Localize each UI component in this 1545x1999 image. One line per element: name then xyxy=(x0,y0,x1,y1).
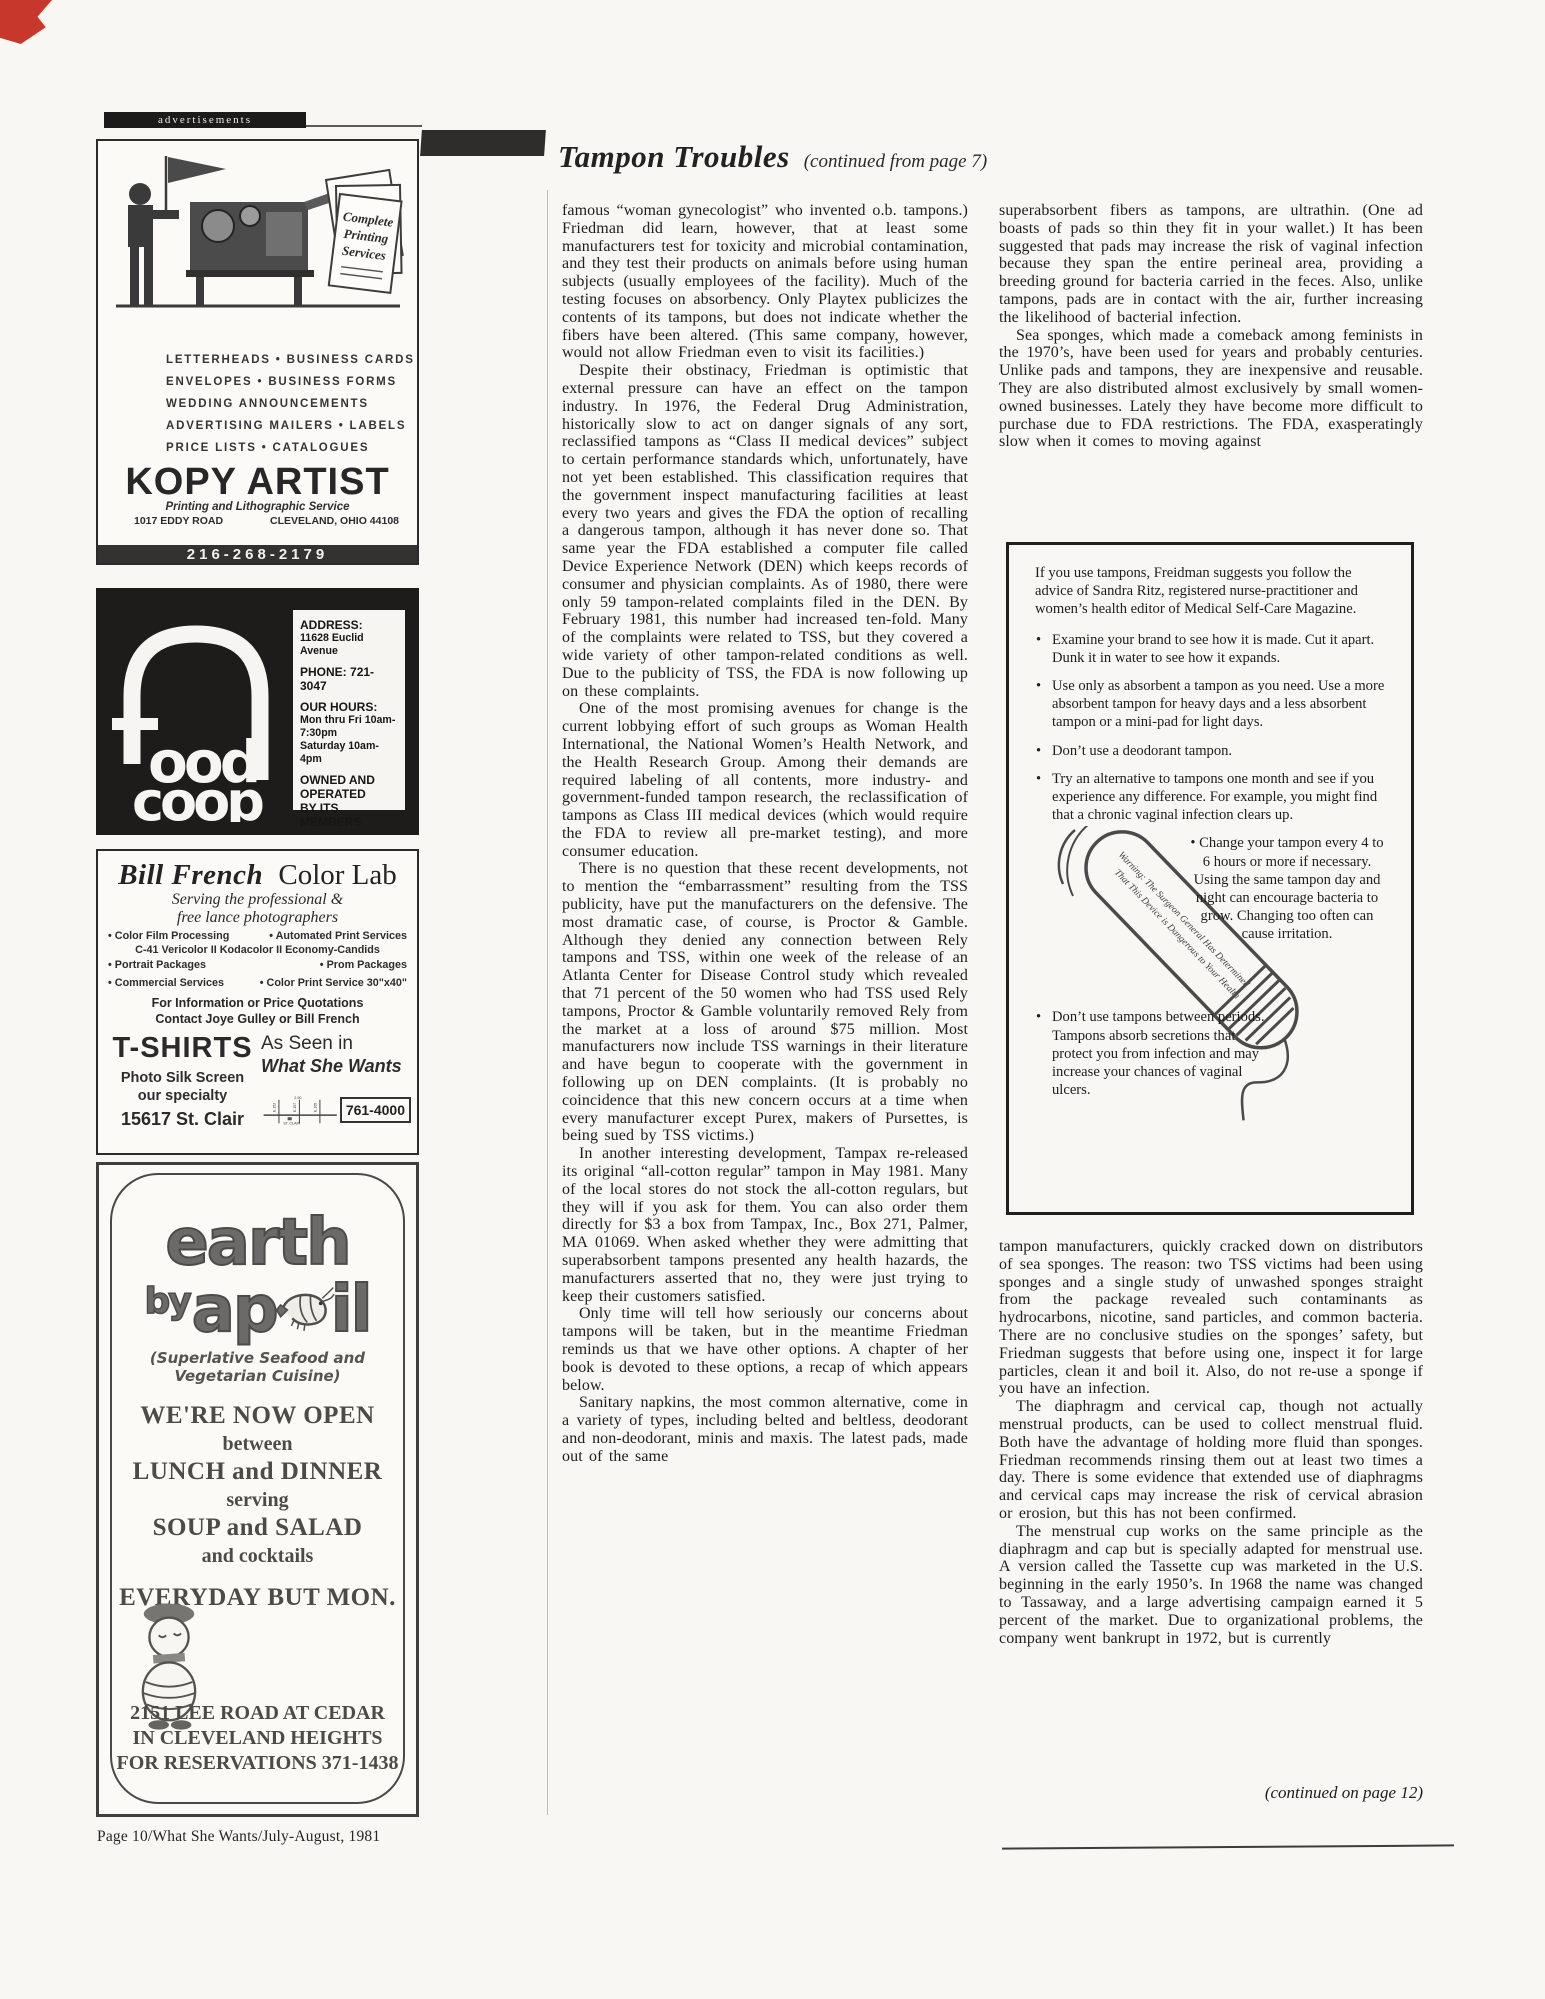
article-column-1: famous “woman gynecologist” who invented… xyxy=(562,202,968,1466)
sidebar-bullet: Use only as absorbent a tampon as you ne… xyxy=(1035,677,1385,732)
article-paragraph: Only time will tell how seriously our co… xyxy=(562,1305,968,1394)
ad-kopy-artist: Complete Printing Services LETTERHEADS •… xyxy=(96,139,419,565)
kopy-service-line: ADVERTISING MAILERS • LABELS xyxy=(166,415,417,437)
kopy-city: CLEVELAND, OHIO 44108 xyxy=(270,515,399,527)
newspaper-page: advertisements xyxy=(0,0,1545,1999)
kopy-service-line: PRICE LISTS • CATALOGUES xyxy=(166,437,417,459)
bottom-rule xyxy=(1002,1844,1454,1849)
bill-french-film-note: C-41 Vericolor II Kodacolor II Economy-C… xyxy=(104,944,411,956)
article-title-text: Tampon Troubles xyxy=(558,139,790,174)
bill-french-services-row: • Color Film Processing • Automated Prin… xyxy=(104,930,411,943)
ad-bill-french-color-lab: Bill French Color Lab Serving the profes… xyxy=(96,849,419,1155)
kopy-service-line: LETTERHEADS • BUSINESS CARDS xyxy=(166,349,417,371)
earth-ad-line: between xyxy=(112,1431,403,1457)
article-paragraph: Despite their obstinacy, Friedman is opt… xyxy=(562,362,968,700)
what-she-wants: What She Wants xyxy=(261,1055,411,1077)
column-divider-rule xyxy=(547,190,548,1815)
location-map: 2-90 E.152 E.157 E.165 ST. CLAIR xyxy=(261,1083,338,1137)
article-paragraph: The menstrual cup works on the same prin… xyxy=(999,1523,1423,1648)
article-paragraph: Sea sponges, which made a comeback among… xyxy=(999,327,1423,452)
printing-press-illustration: Complete Printing Services xyxy=(108,147,408,343)
earth-logo-row-2: byap il xyxy=(112,1271,403,1341)
food-coop-logo: ood coop xyxy=(106,602,286,822)
advertisements-bar: advertisements xyxy=(104,112,306,128)
bill-french-map-row: 2-90 E.152 E.157 E.165 ST. CLAIR 761-400… xyxy=(261,1083,411,1137)
food-coop-owned-2: BY ITS MEMBERS xyxy=(300,801,398,829)
sidebar-bullet: Try an alternative to tampons one month … xyxy=(1035,770,1385,825)
food-coop-address: 11628 Euclid Avenue xyxy=(300,632,398,658)
earth-ad-line: serving xyxy=(112,1487,403,1513)
earth-inner-border: earth byap il (Superlative Seafood and V… xyxy=(110,1173,405,1804)
earth-ad-line: and cocktails xyxy=(112,1543,403,1569)
ad-earth-by-april: earth byap il (Superlative Seafood and V… xyxy=(96,1162,419,1817)
bill-french-sub-2: free lance photographers xyxy=(104,909,411,927)
bill-french-phone: 761-4000 xyxy=(340,1097,411,1123)
earth-logo-word-earth: earth xyxy=(112,1215,403,1271)
earth-address-line: 2151 LEE ROAD AT CEDAR xyxy=(112,1701,403,1726)
article-column-2-top: superabsorbent fibers as tampons, are ul… xyxy=(999,202,1423,451)
continued-on-page-12: (continued on page 12) xyxy=(999,1783,1429,1803)
earth-address-block: 2151 LEE ROAD AT CEDARIN CLEVELAND HEIGH… xyxy=(112,1701,403,1776)
advertisements-label: advertisements xyxy=(158,114,252,126)
earth-logo-word-ap: ap xyxy=(192,1273,277,1347)
map-highway-label: 2-90 xyxy=(294,1096,301,1100)
bill-french-services-left: • Portrait Packages xyxy=(108,959,206,972)
earth-address-line: FOR RESERVATIONS 371-1438 xyxy=(112,1751,403,1776)
bill-french-services-right: • Automated Print Services xyxy=(269,930,407,943)
kopy-street: 1017 EDDY ROAD xyxy=(134,515,223,527)
earth-ad-copy: WE'RE NOW OPENbetweenLUNCH and DINNERser… xyxy=(112,1401,403,1613)
bill-french-services-row: • Portrait Packages • Prom Packages xyxy=(104,959,411,972)
advertisements-bar-rule xyxy=(306,125,422,127)
sidebar-bullet: Examine your brand to see how it is made… xyxy=(1035,631,1385,667)
food-coop-logo-word2: coop xyxy=(132,770,263,822)
ink-blob-artifact xyxy=(420,130,546,156)
sidebar-bullet-change: Change your tampon every 4 to 6 hours or… xyxy=(1187,834,1387,943)
earth-ad-line: SOUP and SALAD xyxy=(112,1513,403,1543)
kopy-service-line: ENVELOPES • BUSINESS FORMS xyxy=(166,371,417,393)
page-footer: Page 10/What She Wants/July-August, 1981 xyxy=(97,1828,380,1846)
tampon-advice-sidebar: If you use tampons, Freidman suggests yo… xyxy=(1006,542,1414,1215)
bill-french-services-left: • Color Film Processing xyxy=(108,930,229,943)
bill-french-address: 15617 St. Clair xyxy=(104,1109,261,1130)
sidebar-intro: If you use tampons, Freidman suggests yo… xyxy=(1035,564,1385,619)
sidebar-bullet: Don’t use a deodorant tampon. xyxy=(1035,742,1385,760)
earth-tagline: (Superlative Seafood and Vegetarian Cuis… xyxy=(112,1349,403,1385)
food-coop-address-label: ADDRESS: xyxy=(300,618,398,632)
sidebar-bullet-between-periods: Don’t use tampons between periods. Tampo… xyxy=(1035,1008,1270,1099)
earth-logo-word-il: il xyxy=(331,1273,371,1347)
bill-french-info-2: Contact Joye Gulley or Bill French xyxy=(104,1011,411,1027)
shrimp-icon xyxy=(273,1285,335,1335)
food-coop-owned-1: OWNED AND OPERATED xyxy=(300,773,398,801)
tshirts-headline: T-SHIRTS xyxy=(104,1033,261,1063)
food-coop-phone: PHONE: 721-3047 xyxy=(300,665,398,693)
food-coop-hours-2: Saturday 10am-4pm xyxy=(300,740,398,766)
bill-french-services-left: • Commercial Services xyxy=(108,977,224,990)
as-seen-in: As Seen in xyxy=(261,1033,411,1055)
article-paragraph: In another interesting development, Tamp… xyxy=(562,1145,968,1305)
bill-french-sub-1: Serving the professional & xyxy=(104,891,411,909)
food-coop-info-panel: ADDRESS: 11628 Euclid Avenue PHONE: 721-… xyxy=(293,610,405,810)
bill-french-services-row: • Commercial Services • Color Print Serv… xyxy=(104,977,411,990)
red-scan-artifact xyxy=(0,0,52,44)
silk-screen-line-1: Photo Silk Screen xyxy=(104,1069,261,1087)
kopy-service-line: WEDDING ANNOUNCEMENTS xyxy=(166,393,417,415)
map-street-label: E.165 xyxy=(313,1103,317,1112)
article-paragraph: tampon manufacturers, quickly cracked do… xyxy=(999,1238,1423,1398)
bill-french-name: Bill French xyxy=(118,859,263,891)
bill-french-info-1: For Information or Price Quotations xyxy=(104,995,411,1011)
article-paragraph: One of the most promising avenues for ch… xyxy=(562,700,968,860)
article-paragraph: superabsorbent fibers as tampons, are ul… xyxy=(999,202,1423,327)
article-continued-from: (continued from page 7) xyxy=(804,151,987,172)
article-paragraph: The diaphragm and cervical cap, though n… xyxy=(999,1398,1423,1523)
paper-sheet: Complete Printing Services xyxy=(328,194,401,293)
earth-ad-line: LUNCH and DINNER xyxy=(112,1457,403,1487)
article-column-2-bottom: tampon manufacturers, quickly cracked do… xyxy=(999,1238,1423,1647)
silk-screen-line-2: our specialty xyxy=(104,1087,261,1105)
kopy-artist-name: KOPY ARTIST xyxy=(98,463,417,501)
bill-french-colorlab: Color Lab xyxy=(278,859,396,891)
earth-address-line: IN CLEVELAND HEIGHTS xyxy=(112,1726,403,1751)
ad-food-coop: ood coop ADDRESS: 11628 Euclid Avenue PH… xyxy=(96,588,419,835)
map-road-label: ST. CLAIR xyxy=(283,1121,300,1125)
food-coop-phone-label: PHONE: xyxy=(300,665,347,679)
article-paragraph: famous “woman gynecologist” who invented… xyxy=(562,202,968,362)
bill-french-title: Bill French Color Lab xyxy=(104,859,411,891)
sidebar-bullet-list: Examine your brand to see how it is made… xyxy=(1035,631,1385,825)
earth-by-april-logo: earth byap il (Superlative Seafood and V… xyxy=(112,1215,403,1385)
bill-french-services-right: • Color Print Service 30"x40" xyxy=(260,977,407,990)
earth-ad-line: WE'RE NOW OPEN xyxy=(112,1401,403,1431)
article-paragraph: There is no question that these recent d… xyxy=(562,860,968,1145)
food-coop-hours-1: Mon thru Fri 10am-7:30pm xyxy=(300,714,398,740)
map-street-label: E.157 xyxy=(293,1103,297,1112)
article-paragraph: Sanitary napkins, the most common altern… xyxy=(562,1394,968,1465)
article-title: Tampon Troubles (continued from page 7) xyxy=(558,139,1258,175)
bill-french-services-right: • Prom Packages xyxy=(320,959,407,972)
bill-french-tshirt-row: T-SHIRTS Photo Silk Screen our specialty… xyxy=(104,1033,411,1137)
kopy-phone-bar: 216-268-2179 xyxy=(98,545,417,563)
earth-logo-word-by: by xyxy=(144,1281,189,1322)
map-street-label: E.152 xyxy=(272,1103,276,1112)
kopy-services-list: LETTERHEADS • BUSINESS CARDSENVELOPES • … xyxy=(98,349,417,459)
kopy-address-row: 1017 EDDY ROAD CLEVELAND, OHIO 44108 xyxy=(98,513,417,527)
food-coop-hours-label: OUR HOURS: xyxy=(300,700,398,714)
tampon-figure-wrap: Warning: The Surgeon General Has Determi… xyxy=(1035,834,1385,1004)
